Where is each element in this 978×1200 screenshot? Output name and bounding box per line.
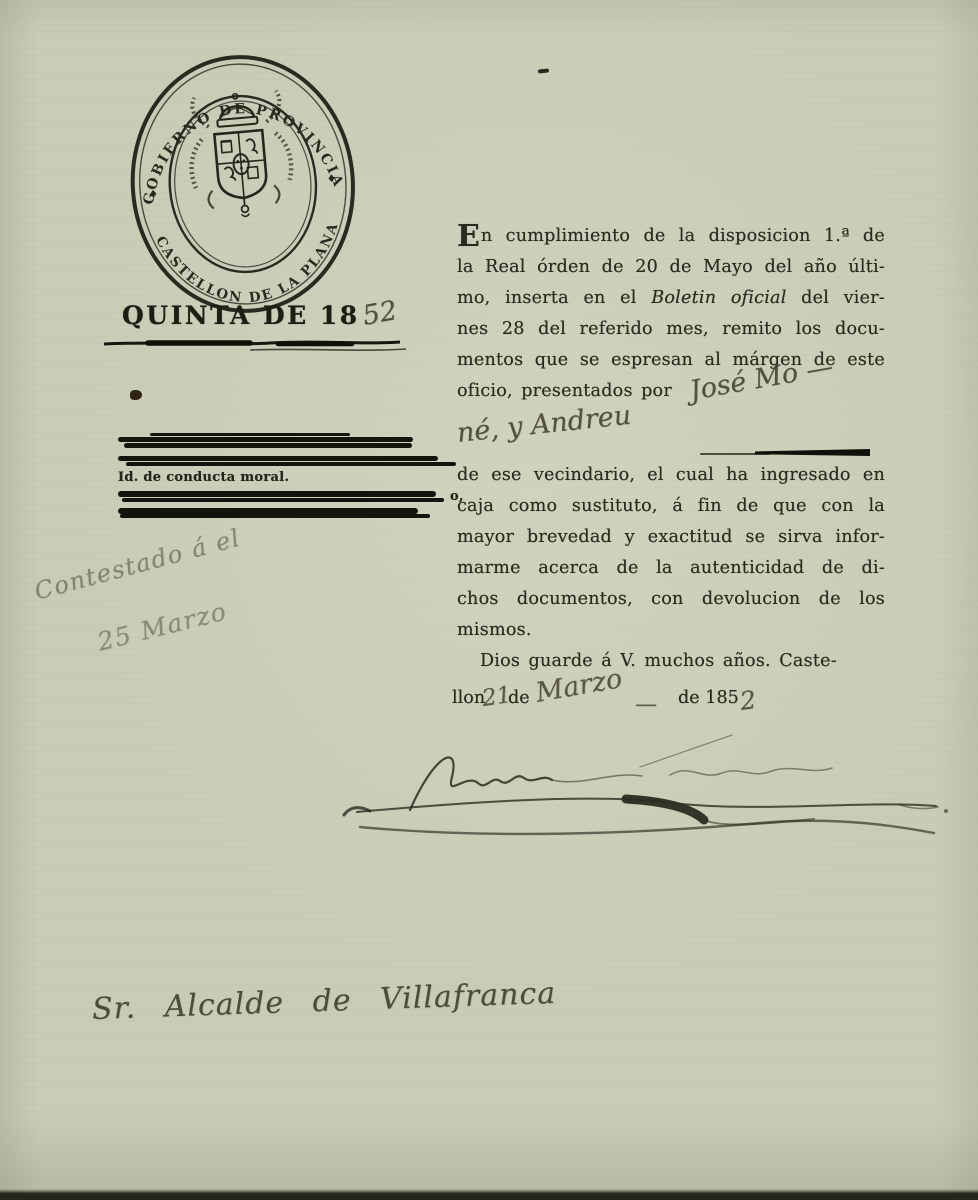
ink-blot xyxy=(130,390,142,400)
body-line-12: chos documentos, con devolucion de los xyxy=(457,586,885,612)
dropcap-E: E xyxy=(457,219,480,254)
margin-note-line-2: 25 Marzo xyxy=(94,596,230,656)
ink-strike-line xyxy=(755,449,870,456)
dateline-de: de xyxy=(508,688,530,708)
body-line-13: mismos. xyxy=(457,617,885,643)
heading-underline xyxy=(100,336,410,356)
handwritten-name-part-2: né, y Andreu xyxy=(455,400,632,449)
seal-separator-right-icon: ♦ xyxy=(326,172,337,186)
document-line-readable: Id. de conducta moral. xyxy=(118,470,289,485)
ink-dash-mark xyxy=(538,68,549,73)
provincial-seal: GOBIERNO DE PROVINCIA CASTELLON DE LA PL… xyxy=(115,42,371,329)
body-line-4: nes 28 del referido mes, remito los docu… xyxy=(457,316,885,342)
body-line-3a: mo, inserta en el xyxy=(457,288,651,308)
handwritten-dash: — xyxy=(635,692,657,717)
valediction-line-1: Dios guarde á V. muchos años. Caste- xyxy=(480,648,885,674)
quinta-printed-text: QUINTA DE 18 xyxy=(122,301,360,330)
ink-strike-thin xyxy=(700,453,770,455)
seal-graphic: GOBIERNO DE PROVINCIA CASTELLON DE LA PL… xyxy=(115,42,371,329)
body-line-3c: del vier- xyxy=(787,288,885,308)
seal-separator-left-icon: ♦ xyxy=(148,187,159,201)
handwritten-year-digit: 2 xyxy=(738,685,758,716)
scanned-document-page: GOBIERNO DE PROVINCIA CASTELLON DE LA PL… xyxy=(0,0,978,1200)
body-line-1-text: n cumplimiento de la disposicion 1.ª de xyxy=(481,226,885,246)
dateline-printed-year: de 185 xyxy=(678,688,739,708)
scan-bottom-edge xyxy=(0,1189,978,1200)
body-line-11: marme acerca de la autenticidad de di- xyxy=(457,555,885,581)
address-line: Sr. Alcalde de Villafranca xyxy=(91,976,556,1027)
body-line-1: En cumplimiento de la disposicion 1.ª de xyxy=(457,223,885,249)
body-line-2: la Real órden de 20 de Mayo del año últi… xyxy=(457,254,885,280)
quinta-heading: QUINTA DE 1852 xyxy=(122,300,397,331)
body-line-3: mo, inserta en el Boletin oficial del vi… xyxy=(457,285,885,311)
margin-note-line-1: Contestado á el xyxy=(31,524,243,606)
boletin-oficial-italic: Boletin oficial xyxy=(651,288,786,308)
quinta-year-handwritten: 52 xyxy=(360,295,399,331)
body-line-8: de ese vecindario, el cual ha ingresado … xyxy=(457,462,885,488)
signature-flourish xyxy=(340,715,952,860)
body-line-10: mayor brevedad y exactitud se sirva info… xyxy=(457,524,885,550)
body-line-9: caja como sustituto, á fin de que con la xyxy=(457,493,885,519)
